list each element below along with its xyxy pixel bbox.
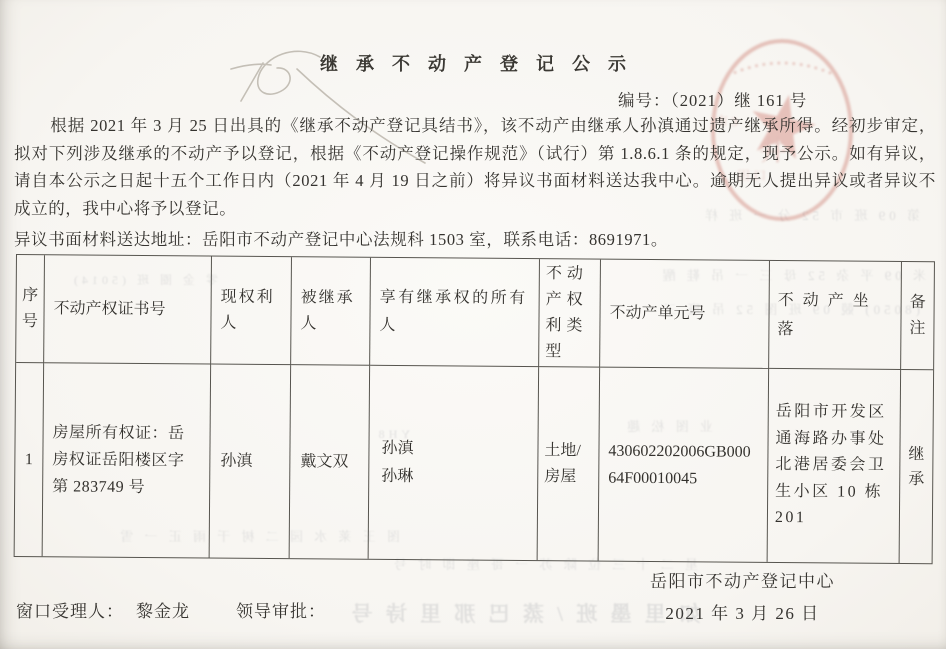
col-header-decedent: 被继承人 [291, 257, 371, 366]
objection-address-line: 异议书面材料送达地址：岳阳市不动产登记中心法规科 1503 室，联系电话：869… [14, 226, 936, 250]
footer-left: 窗口受理人：黎金龙领导审批： [16, 597, 326, 622]
col-header-remark: 备注 [901, 262, 934, 370]
table-row-right-type: 土地/房屋 [538, 367, 601, 560]
scanned-document-sheet: 井 市 3 田 口 继承不动产登记公示 编号：（2021）继 161 号 根据 … [0, 0, 946, 649]
table-row-unit-no: 430602202006GB00064F00010045 [599, 368, 770, 562]
table-row-decedent: 戴文双 [290, 365, 371, 559]
table-row-cert-no: 房屋所有权证：岳房权证岳阳楼区字第 283749 号 [43, 363, 212, 557]
table-row-seq: 1 [15, 363, 45, 556]
table-row-heirs: 孙滇 孙琳 [369, 366, 540, 560]
col-header-cert-no: 不动产权证书号 [44, 255, 212, 364]
notice-body-paragraph: 根据 2021 年 3 月 25 日出具的《继承不动产登记具结书》，该不动产由继… [14, 112, 936, 222]
leader-approval-label: 领导审批： [236, 602, 326, 621]
window-acceptor-name: 黎金龙 [136, 602, 190, 621]
col-header-heirs: 享有继承权的所有人 [370, 258, 540, 367]
col-header-current-holder: 现权利人 [211, 257, 292, 366]
col-header-unit-no: 不动产单元号 [600, 260, 770, 369]
table-row-current-holder: 孙滇 [210, 365, 292, 559]
issue-date: 2021 年 3 月 26 日 [600, 598, 885, 630]
table-row-remark: 继承 [900, 370, 934, 563]
table-row-location: 岳阳市开发区通海路办事处北港居委会卫生小区 10 栋 201 [768, 369, 902, 563]
doc-number: 编号：（2021）继 161 号 [618, 87, 807, 111]
col-header-location: 不动产坐落 [769, 261, 902, 370]
col-header-right-type: 不动产权利类型 [539, 259, 601, 367]
col-header-seq: 序号 [16, 255, 45, 363]
property-table: 序号 不动产权证书号 现权利人 被继承人 享有继承权的所有人 不动产权利类型 不… [14, 254, 935, 564]
issuing-org-name: 岳阳市不动产登记中心 [600, 566, 885, 598]
page-title: 继承不动产登记公示 [0, 50, 946, 76]
window-acceptor-label: 窗口受理人： [16, 602, 124, 621]
footer-right: 岳阳市不动产登记中心 2021 年 3 月 26 日 [600, 566, 885, 630]
